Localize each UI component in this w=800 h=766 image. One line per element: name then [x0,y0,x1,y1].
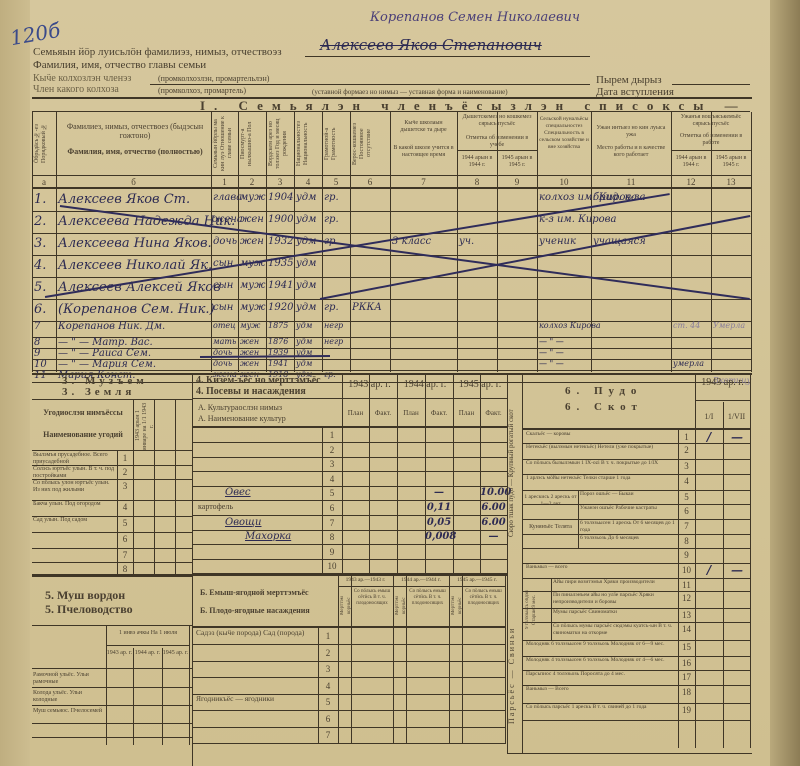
livestock-row-label: Пи пиналэнъем айы но улӟе парсьёс Хряки … [553,592,676,605]
rule-line [32,233,751,234]
column-header-c4: Национальностез Национальность [296,115,320,172]
column-number-c3: 3 [266,177,294,187]
rule-line [350,112,351,372]
cell-year: 1875 [268,321,293,330]
rule-line [192,373,193,766]
rule-line [238,112,239,372]
rule-line [192,727,505,728]
livestock-year: 1943 ар. г. [695,377,750,388]
rule-line [32,175,751,176]
crop-f45: 6.00 [480,517,507,528]
livestock-subgroup-young: 1 арескись 2 арескь от 1—2 лет [524,494,577,508]
rule-line [751,112,752,372]
column-header-1944-study: 1944 арын в 1944 г. [458,155,496,169]
rule-line [32,574,192,576]
livestock-row-label: Пороз ошъёс — Быкаи [580,491,676,498]
orchard-row-number: 3 [320,664,336,674]
crop-f44: 0,11 [425,502,453,513]
rule-line [671,112,672,372]
crop-f45: — [480,531,507,542]
column-number-c10: 10 [537,177,591,187]
rule-line [162,648,163,745]
crop-row-number: 1 [323,430,341,440]
cell-c8: уч. [459,236,496,247]
rule-line [425,373,426,573]
crop-name: Овес [225,487,251,498]
crop-row-number: 2 [323,445,341,455]
cell-rel: жена [213,214,237,225]
column-header-a: Ӧбрьдӓсь №-ез Порядковый № [34,115,54,172]
cell-sex: муж [240,302,265,313]
rule-line [32,562,192,563]
column-number-c12: 12 [671,177,711,187]
livestock-row-number: 5 [679,492,694,502]
column-header-c1: Семьяын йӧрлы ма кин луэ Отношение к гла… [213,115,236,172]
livestock-row-label: Нетекъёс (вылэмын нетекъёс) Нетели (уже … [526,444,676,451]
head-of-family-new: Корепанов Семен Николаевич [370,10,580,25]
column-header-c6: Верос-кошкемез Постоянное отсутствие [352,115,388,172]
column-number-c13: 13 [711,177,751,187]
crops-subtitle-ru: А. Наименование культур [198,414,286,423]
cell-n: 11 [34,370,55,381]
kolkhoz-hint-komi: (промколхозлэн, промартельлэн) [158,74,269,83]
cell-rel: мать [213,337,237,346]
crop-f44: 0,05 [425,517,453,528]
rule-line [192,743,505,744]
rule-line [522,548,751,549]
cell-name: Корепанов Ник. Дм. [58,321,210,332]
rule-line [192,530,507,531]
rule-line [591,112,592,372]
rule-line [32,548,192,549]
livestock-row-number: 9 [679,550,694,560]
column-header-study-komi: Дышетскемез но кошкемез сярысь пусъёс [459,114,535,128]
land-row-number: 5 [118,518,132,528]
cell-c12: ст. 44 [673,321,710,330]
column-header-name-komi: Фамилиез, нимыз, отчествоез (быдэсын гож… [60,122,210,140]
cell-absent: РККА [352,302,389,313]
orchard-col-all: Мерттэм корньёс [394,588,406,624]
orchard-col-bearing: Со пӧлысь емыш сётӥсь В т. ч. плодоносящ… [407,589,448,607]
rule-line [192,559,507,560]
rule-line [32,277,751,278]
plan-label: План [397,409,425,417]
rule-line [507,753,752,754]
column-header-study-ru: Отметка об изменении в учебе [459,135,535,149]
livestock-title-komi: 6. Пудо [565,385,642,397]
column-header-specialty: Сельской нуналъёсы специальностез Специа… [539,116,589,151]
livestock-row-label: Скалъёс — коровы [526,431,676,438]
cell-n: 9 [34,348,55,359]
column-header-workchange-ru: Отметка об изменении в работе [673,133,749,147]
cell-n: 7 [34,321,55,332]
livestock-row-label: Со пӧлысь мумы парсьёс сюдэмы куатсь-ын … [553,623,676,636]
rule-line [32,576,192,577]
cell-year: 1920 [268,302,293,313]
crop-row-number: 4 [323,474,341,484]
column-number-c5: 5 [322,177,350,187]
rule-line [522,720,751,721]
rule-line [338,586,505,587]
rule-line [32,211,751,212]
livestock-row-number: 3 [679,461,694,471]
column-number-a: а [32,177,56,187]
livestock-row-label: Молодняк 4 толэзьысен 6 толэзьозь Молодн… [526,657,676,664]
livestock-row-label: Молодняк 6 толэзьысен 9 толэзьозь Молодн… [526,641,676,648]
land-row-label: Солэсь юртъёс улын. В т. ч. под постройк… [33,466,117,480]
crops-year-2: 1945 ар. г. [453,379,507,390]
bees-col-head: 1 инвэ ачкы На 1 июля [108,630,188,637]
cell-n: 4. [34,258,55,273]
rule-line [505,576,506,744]
column-number-b: б [56,177,211,187]
land-row-number: 3 [118,481,132,491]
rule-line [537,112,538,372]
orchard-row-number: 5 [320,697,336,707]
crop-f45: 6.00 [480,502,507,513]
cell-spec: — " — [539,348,590,357]
cell-year: 1904 [268,192,293,203]
land-row-label: Сад улын. Под садом [33,517,117,524]
livestock-row-number: 10 [679,565,694,575]
rule-line [671,150,751,151]
orchard-title-komi: Б. Емыш-ягодной мерттэмъёс [200,588,309,597]
cell-c12: умерла [673,359,710,368]
cell-name: Алексеев Яков Ст. [58,192,210,207]
cell-rel: глава [213,192,237,203]
kolkhoz-form-hint: (уставной формаез но нимыз — уставная фо… [312,88,508,96]
rule-line [480,373,481,573]
cell-spec: колхоз Кирова [539,321,590,330]
cell-c13: Умерла [713,321,750,330]
cell-nat: удм [296,214,321,225]
livestock-row-label: 1 арлэсь мӧйы нетекъёс Телки старше 1 го… [526,475,676,482]
land-row-number: 4 [118,502,132,512]
cell-nat: удм [296,359,321,368]
livestock-row-number: 12 [679,593,694,603]
livestock-row-number: 2 [679,445,694,455]
crop-name: Овощи [225,517,262,528]
plan-label: План [342,409,369,417]
rule-line [192,574,507,576]
cell-spec: — " — [539,359,590,368]
column-header-1945-study: 1945 арын в 1945 г. [498,155,536,169]
cell-name: Алексеев Николай Як. [58,258,210,273]
orchard-col-all: Мерттэм корньёс [450,588,462,624]
crop-row-number: 7 [323,518,341,528]
land-col-year: 1943 арын 1 январе на 1/1 1943 г. [135,402,153,450]
cell-nat: удм [296,337,321,346]
livestock-row-label: 6 толэзьысен 1 арескь От 6 месяцев до 1 … [580,520,676,533]
livestock-row-number: 4 [679,476,694,486]
bees-title-komi: 5. Муш вордон [45,588,125,603]
livestock-row-label: Мумы парсьёс Свиноматки [553,609,676,616]
livestock-side-label-cattle: Сюро тшак пудо — Крупный рогатый скот [508,378,521,568]
orchard-row-number: 7 [320,730,336,740]
head-of-family-label-komi: Семьяын йӧр луисьлӧн фамилиэз, нимыз, от… [33,46,282,58]
fact-label: Факт. [369,409,397,417]
rule-line [192,500,507,501]
cell-n: 6. [34,302,55,317]
livestock-row-number: 8 [679,536,694,546]
crop-f45: 10.00 [480,487,507,498]
livestock-row-number: 14 [679,624,694,634]
cell-spec: колхоз им. Кирова [539,192,590,203]
rule-line [56,112,57,372]
binding-edge [770,0,800,766]
column-header-workchange-komi: Ужанъя вошъяськемъёс сярысь пусъёс [673,114,749,128]
cell-year: 1932 [268,236,293,247]
orchard-row-number: 6 [320,714,336,724]
livestock-row-number: 13 [679,610,694,620]
livestock-row-label: Ваньмыз — Всего [526,686,676,693]
cell-year: 1941 [268,359,293,368]
cell-n: 1. [34,192,55,207]
column-header-name-ru: Фамилия, имя, отчество (полностью) [60,147,210,156]
head-of-family-label-ru: Фамилия, имя, отчество главы семьи [33,59,206,71]
livestock-subgroup-pigs-9mo: 9 толэзьысь ӧбдэн Старше 9 мес. [524,582,550,637]
livestock-row-number: 16 [679,658,694,668]
cell-name: — " — Мария Сем. [58,359,210,370]
orchard-title-ru: Б. Плодо-ягодные насаждения [200,606,310,615]
column-header-1945-work: 1945 арын в 1945 г. [712,155,750,169]
cell-name: — " — Раиса Сем. [58,348,210,359]
column-header-work-komi: Ужан интыез но кин луыса ужа [593,125,669,139]
rule-line [192,661,505,662]
rule-line [695,400,750,401]
cell-spec: к-з им. Кирова [539,214,590,225]
cell-n: 2. [34,214,55,229]
cell-n: 10 [34,359,55,370]
cell-lit: гр. [324,192,349,203]
fact-label: Факт. [480,409,507,417]
cell-nat: удм [296,280,321,291]
cell-year: 1876 [268,337,293,346]
rule-line [294,112,295,372]
rule-line [32,399,192,400]
rule-line [32,668,192,669]
cell-lit: гр. [324,214,349,225]
crops-year-1: 1944 ар. г. [397,379,453,390]
rule-line [551,578,552,640]
bees-title-ru: 5. Пчеловодство [45,602,133,617]
rule-line [32,112,33,372]
cell-spec: ученик [539,236,590,247]
kolkhoz-label-ru: Член какого колхоза [33,84,119,95]
orchard-row-number: 4 [320,681,336,691]
orchard-col-bearing: Со пӧлысь емыш сётӥсь В т. ч. плодоносящ… [463,589,504,607]
livestock-row-label: Со пӧлысь парсьёс 1 арескь В т. ч. свине… [526,704,676,711]
cell-sex: жен [240,236,265,247]
column-number-c1: 1 [211,177,238,187]
bees-row-label: Колода ульёс. Ульи колодные [33,690,105,704]
rule-line [192,644,505,645]
rule-line [266,112,267,372]
livestock-row-number: 11 [679,580,694,590]
crop-f44: — [425,487,453,498]
cell-nat: удм [296,258,321,269]
cell-nat: удм [296,321,321,330]
bees-year-2: 1945 ар. г. [162,650,189,657]
rule-line [192,544,507,545]
rule-line [711,112,712,372]
land-row-number: 1 [118,453,132,463]
rule-line [32,687,192,688]
cell-rel: отец [213,321,237,330]
livestock-row-label: Парсьпиос 4 толэзьозь Поросята до 4 мес. [526,671,676,678]
cell-lit: негр [324,321,349,330]
land-row-number: 7 [118,550,132,560]
land-row-number: 8 [118,564,132,574]
rule-line [32,187,751,189]
rule-line [192,457,507,458]
livestock-row-label: Ваньмыз — всего [526,564,676,571]
head-of-family-crossed: Алексеев Яков Степанович [320,36,542,54]
livestock-subgroup-calves: Кунянъёс Телята [524,524,577,531]
rule-line [189,625,190,745]
livestock-row-number: 17 [679,672,694,682]
rule-line [192,471,507,472]
crop-f44: 0,008 [425,531,453,542]
cell-n: 5. [34,280,55,295]
livestock-row-label: Ужанэн ошъёс Рабочие кастраты [580,505,676,512]
crop-name: Махорка [245,531,291,542]
rule-line [192,398,507,399]
livestock-side-label-pigs: Парсьёс — Свиньи [508,600,521,750]
crop-row-number: 5 [323,488,341,498]
rule-line [497,112,498,372]
livestock-row-label: 6 толэзьозь До 6 месяцев [580,535,676,542]
bees-year-0: 1943 ар. г. [106,650,133,657]
orchard-col-bearing: Со пӧлысь емыш сётӥсь В т. ч. плодоносящ… [352,589,392,607]
cell-spec: — " — [539,337,590,346]
land-row-label: Бакча улын. Под огородом [33,501,117,508]
orchard-row-label: Ягодникъёс — ягодники [196,695,316,703]
cell-lit: гр. [324,302,349,313]
cell-year: 1900 [268,214,293,225]
livestock-value-jul: — [724,430,750,444]
land-row-number: 6 [118,534,132,544]
column-header-c2: Пиосмурт-а нылкышно-а Пол [240,115,264,172]
column-number-c9: 9 [497,177,537,187]
cell-n: 3. [34,236,55,251]
column-header-1944-work: 1944 арын в 1944 г. [672,155,710,169]
land-col-label-ru: Наименование угодий [33,430,133,439]
livestock-title-ru: 6. Скот [565,401,643,413]
kolkhoz-hint-ru: (промколхоз, промартель) [158,86,246,95]
cell-rel: сын [213,302,237,313]
cell-name: Алексеева Нина Яков. [58,236,210,251]
cell-work: брид. к-за [593,192,670,203]
crops-title-ru: 4. Посевы и насаждения [196,386,306,397]
crop-row-number: 3 [323,459,341,469]
cell-sex: жен [240,359,265,368]
crops-year-0: 1943 ар. г. [342,379,397,390]
orchard-row-number: 1 [320,631,336,641]
column-header-c5: Грамотной-а Грамотность [324,115,348,172]
livestock-row-label: Со пӧлысь бызылэмын 1 IX-ozi В т. ч. пок… [526,460,676,467]
livestock-row-number: 6 [679,506,694,516]
kolkhoz-label-komi: Кыӵе колхозлэн членэз [33,73,131,84]
bees-row-label: Муш семьяос. Пчелосемей [33,708,105,715]
rule-line [342,373,343,573]
rule-line [106,625,107,745]
crop-row-number: 8 [323,532,341,542]
land-col-label-komi: Угодиослэн нимъёссы [33,408,133,417]
rule-line [390,112,391,372]
rule-line [453,373,454,573]
column-header-work-ru: Место работы и в качестве кого работает [593,145,669,159]
crops-title-komi: 4. Кизем-ъёс но мерттэмъёс [196,375,321,386]
livestock-row-number: 15 [679,642,694,652]
cell-rel: сын [213,280,237,291]
bees-row-label: Рамочной ульёс. Ульи рамочные [33,672,105,686]
rule-line [32,532,192,533]
column-number-c6: 6 [350,177,390,187]
rule-line [106,645,190,646]
rule-line [32,450,192,451]
rule-line [32,625,192,626]
column-header-c3: Вордскем арез но толэзез Год и месяц рож… [268,115,292,172]
rule-line [32,723,192,724]
rule-line [397,373,398,573]
rule-line [457,150,537,151]
cell-sex: муж [240,321,265,330]
orchard-year-2: 1945 ар.—1945 г. [449,577,505,583]
crops-subtitle-komi: А. Культураослэн нимыз [198,403,282,412]
cell-sex: жен [240,214,265,225]
rule-line [192,426,507,428]
rule-line [457,112,458,372]
livestock-row-number: 19 [679,705,694,715]
column-header-school-ru: В какой школе учится в настоящее время [392,145,455,159]
cell-rel: дочь [213,236,237,247]
rule-line [117,451,118,576]
column-number-c11: 11 [591,177,671,187]
livestock-row-label: Айы пири возитэмъя Хряки производители [553,579,676,586]
land-title-ru: 3. Земля [62,386,135,398]
cell-sex: муж [240,280,265,291]
livestock-row-number: 18 [679,687,694,697]
entry-date-label-komi: Пырем дырыз [596,74,662,86]
livestock-row-number: 1 [679,432,694,442]
orchard-row-number: 2 [320,648,336,658]
column-number-c4: 4 [294,177,322,187]
crop-row-number: 6 [323,503,341,513]
rule-line [192,710,505,711]
livestock-row-number: 7 [679,521,694,531]
livestock-value-jan: / [696,563,722,577]
plan-label: План [453,409,480,417]
cell-sex: жен [240,337,265,346]
crop-row-number: 10 [323,561,341,571]
rule-line [32,737,192,738]
orchard-year-1: 1944 ар.—1944 г. [393,577,449,583]
cell-name: — " — Матр. Вас. [58,337,210,348]
rule-line [32,705,192,706]
livestock-value-jul: — [724,563,750,577]
livestock-col-jul: 1/VII [723,412,750,421]
rule-line [578,490,579,548]
livestock-value-jan: / [696,430,722,444]
cell-n: 8 [34,337,55,348]
rule-line [133,648,134,745]
column-number-c7: 7 [390,177,457,187]
rule-line [32,255,751,256]
page-shadow-left [0,0,30,766]
bees-year-1: 1944 ар. г. [133,650,162,657]
livestock-col-jan: 1/I [695,412,723,421]
